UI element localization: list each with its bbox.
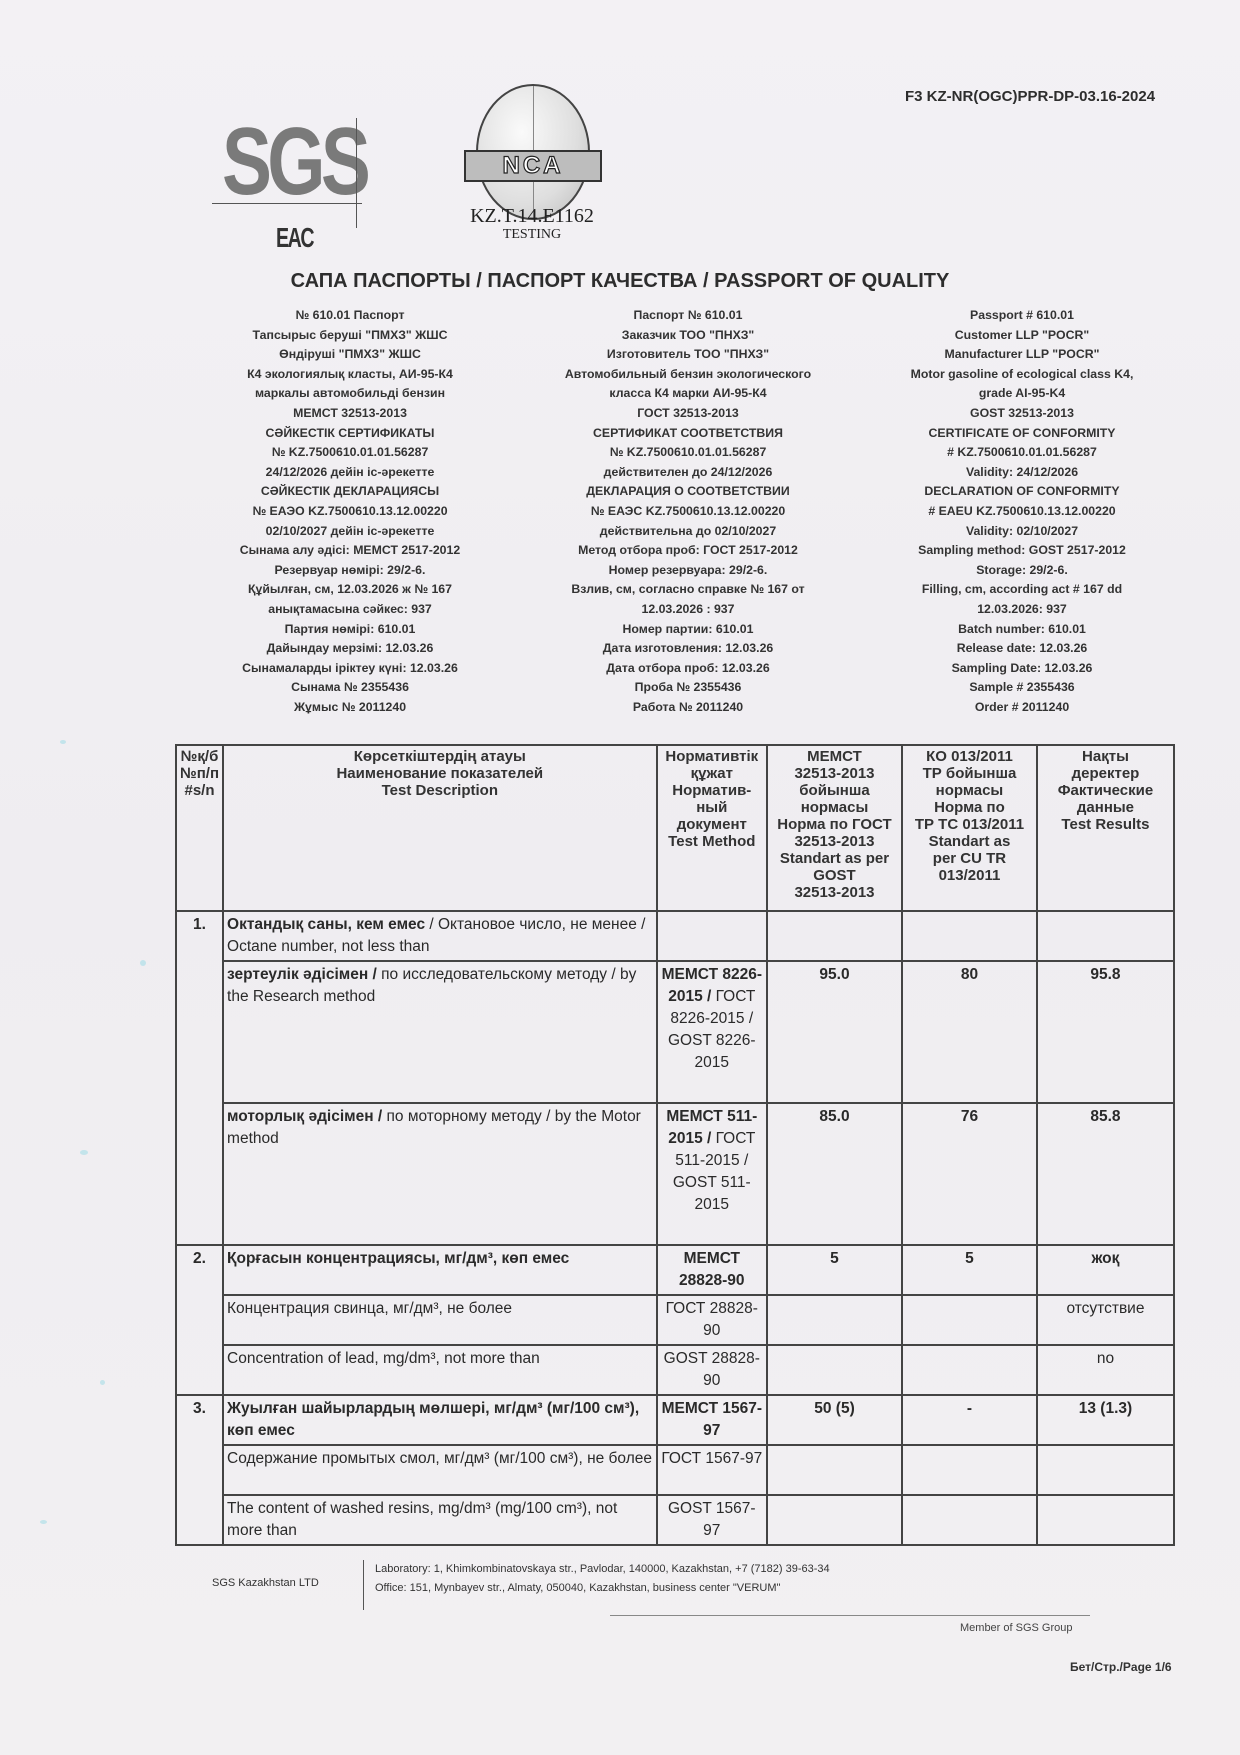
test-result: 13 (1.3) xyxy=(1037,1395,1174,1445)
header-line: нормасы xyxy=(906,782,1033,799)
header-line: Норма по ГОСТ xyxy=(771,816,898,833)
info-line: Motor gasoline of ecological class K4, xyxy=(852,365,1192,385)
header-line: 32513-2013 xyxy=(771,833,898,850)
footer-addresses: Laboratory: 1, Khimkombinatovskaya str.,… xyxy=(375,1560,830,1598)
info-line: Sampling method: GOST 2517-2012 xyxy=(852,541,1192,561)
test-description: Концентрация свинца, мг/дм³, не более xyxy=(223,1295,657,1345)
table-row: The content of washed resins, mg/dm³ (mg… xyxy=(176,1495,1174,1545)
footer-member: Member of SGS Group xyxy=(960,1622,1073,1634)
tr-norm: 76 xyxy=(902,1103,1037,1245)
info-line: Жұмыс № 2011240 xyxy=(180,698,520,718)
row-number: 3. xyxy=(176,1395,223,1545)
info-line: DECLARATION OF CONFORMITY xyxy=(852,482,1192,502)
header-line: 32513-2013 xyxy=(771,765,898,782)
info-line: Заказчик ТОО "ПНХЗ" xyxy=(518,326,858,346)
header-line: Standart as xyxy=(906,833,1033,850)
info-line: Дайындау мерзімі: 12.03.26 xyxy=(180,639,520,659)
test-result: 95.8 xyxy=(1037,961,1174,1103)
info-line: маркалы автомобильді бензин xyxy=(180,384,520,404)
footer-divider xyxy=(363,1560,364,1610)
row-number: 2. xyxy=(176,1245,223,1395)
header-line: нормасы xyxy=(771,799,898,816)
info-line: Release date: 12.03.26 xyxy=(852,639,1192,659)
gost-norm: 5 xyxy=(767,1245,902,1295)
info-column-english: Passport # 610.01Customer LLP "POCR"Manu… xyxy=(852,306,1192,717)
header-tr-norm: КО 013/2011ТР бойыншанормасыНорма поТР Т… xyxy=(902,745,1037,911)
description-kazakh: моторлық әдісімен / xyxy=(227,1108,382,1125)
test-method: МЕМСТ 1567-97 xyxy=(657,1395,767,1445)
header-serial-number: №қ/б№п/п#s/n xyxy=(176,745,223,911)
info-line: ГОСТ 32513-2013 xyxy=(518,404,858,424)
header-line: Test Method xyxy=(661,833,763,850)
header-line: Фактические xyxy=(1041,782,1170,799)
gost-norm: 85.0 xyxy=(767,1103,902,1245)
gost-norm: 95.0 xyxy=(767,961,902,1103)
results-table: №қ/б№п/п#s/n Көрсеткіштердің атауыНаимен… xyxy=(175,744,1175,1546)
info-line: СӘЙКЕСТІК ДЕКЛАРАЦИЯСЫ xyxy=(180,482,520,502)
test-method: GOST 28828-90 xyxy=(657,1345,767,1395)
info-line: Order # 2011240 xyxy=(852,698,1192,718)
scan-speck xyxy=(140,960,146,966)
info-line: № ЕАЭС KZ.7500610.13.12.00220 xyxy=(518,502,858,522)
quality-passport-page: F3 KZ-NR(OGC)PPR-DP-03.16-2024 SGS EAC N… xyxy=(0,0,1240,1755)
info-line: 12.03.2026: 937 xyxy=(852,600,1192,620)
laboratory-address: Laboratory: 1, Khimkombinatovskaya str.,… xyxy=(375,1560,830,1579)
info-line: Тапсырыс беруші "ПМХЗ" ЖШС xyxy=(180,326,520,346)
sgs-logo-text: SGS xyxy=(222,114,366,210)
header-gost-norm: МЕМСТ32513-2013бойыншанормасыНорма по ГО… xyxy=(767,745,902,911)
header-line: бойынша xyxy=(771,782,898,799)
scan-speck xyxy=(80,1150,88,1155)
test-method: МЕМСТ 8226-2015 / ГОСТ 8226-2015 / GOST … xyxy=(657,961,767,1103)
accreditation-code: KZ.T.14.E1162 xyxy=(432,205,632,228)
tr-norm xyxy=(902,1345,1037,1395)
test-result: жоқ xyxy=(1037,1245,1174,1295)
office-address: Office: 151, Mynbayev str., Almaty, 0500… xyxy=(375,1579,830,1598)
info-line: № KZ.7500610.01.01.56287 xyxy=(180,443,520,463)
info-line: Дата изготовления: 12.03.26 xyxy=(518,639,858,659)
info-column-russian: Паспорт № 610.01Заказчик ТОО "ПНХЗ"Изгот… xyxy=(518,306,858,717)
header-line: ный xyxy=(661,799,763,816)
info-line: Дата отбора проб: 12.03.26 xyxy=(518,659,858,679)
scan-speck xyxy=(100,1380,105,1385)
info-line: 02/10/2027 дейін іс-әрекетте xyxy=(180,522,520,542)
info-line: Sampling Date: 12.03.26 xyxy=(852,659,1192,679)
header-line: per CU TR xyxy=(906,850,1033,867)
header-test-method: НормативтікқұжатНорматив-ныйдокументTest… xyxy=(657,745,767,911)
footer-rule xyxy=(610,1615,1090,1616)
info-line: GOST 32513-2013 xyxy=(852,404,1192,424)
eac-mark-icon: EAC xyxy=(276,222,313,254)
scan-speck xyxy=(40,1520,47,1524)
tr-norm xyxy=(902,1445,1037,1495)
gost-norm xyxy=(767,1495,902,1545)
test-method: ГОСТ 1567-97 xyxy=(657,1445,767,1495)
sgs-logo-rule xyxy=(212,203,362,204)
header-line: Көрсеткіштердің атауы xyxy=(227,748,653,765)
tr-norm xyxy=(902,1295,1037,1345)
info-line: СӘЙКЕСТІК СЕРТИФИКАТЫ xyxy=(180,424,520,444)
header-line: ТР бойынша xyxy=(906,765,1033,782)
info-line: Проба № 2355436 xyxy=(518,678,858,698)
gost-norm xyxy=(767,1345,902,1395)
info-line: Storage: 29/2-6. xyxy=(852,561,1192,581)
test-method: МЕМСТ 511-2015 / ГОСТ 511-2015 / GOST 51… xyxy=(657,1103,767,1245)
test-method: GOST 1567-97 xyxy=(657,1495,767,1545)
tr-norm: - xyxy=(902,1395,1037,1445)
table-row: Concentration of lead, mg/dm³, not more … xyxy=(176,1345,1174,1395)
header-line: МЕМСТ xyxy=(771,748,898,765)
header-line: 013/2011 xyxy=(906,867,1033,884)
info-line: Резервуар нөмірі: 29/2-6. xyxy=(180,561,520,581)
header-line: құжат xyxy=(661,765,763,782)
header-line: Нақты xyxy=(1041,748,1170,765)
header-line: Наименование показателей xyxy=(227,765,653,782)
info-line: Validity: 02/10/2027 xyxy=(852,522,1192,542)
info-line: # EAEU KZ.7500610.13.12.00220 xyxy=(852,502,1192,522)
gost-norm: 50 (5) xyxy=(767,1395,902,1445)
info-column-kazakh: № 610.01 ПаспортТапсырыс беруші "ПМХЗ" Ж… xyxy=(180,306,520,717)
info-line: ДЕКЛАРАЦИЯ О СООТВЕТСТВИИ xyxy=(518,482,858,502)
header-line: документ xyxy=(661,816,763,833)
info-line: Метод отбора проб: ГОСТ 2517-2012 xyxy=(518,541,858,561)
header-line: GOST xyxy=(771,867,898,884)
test-result: 85.8 xyxy=(1037,1103,1174,1245)
info-line: Сынама № 2355436 xyxy=(180,678,520,698)
test-description: зертеулік әдісімен / по исследовательско… xyxy=(223,961,657,1103)
description-kazakh: зертеулік әдісімен / xyxy=(227,966,377,983)
header-line: #s/n xyxy=(180,782,219,799)
table-row: 2. Қорғасын концентрациясы, мг/дм³, көп … xyxy=(176,1245,1174,1295)
test-description: моторлық әдісімен / по моторному методу … xyxy=(223,1103,657,1245)
sgs-logo-vrule xyxy=(356,118,357,228)
test-description: Қорғасын концентрациясы, мг/дм³, көп еме… xyxy=(223,1245,657,1295)
info-line: МЕМСТ 32513-2013 xyxy=(180,404,520,424)
info-line: Партия нөмірі: 610.01 xyxy=(180,620,520,640)
info-line: Взлив, см, согласно справке № 167 от xyxy=(518,580,858,600)
info-line: Құйылған, см, 12.03.2026 ж № 167 xyxy=(180,580,520,600)
test-method: МЕМСТ 28828-90 xyxy=(657,1245,767,1295)
test-method: ГОСТ 28828-90 xyxy=(657,1295,767,1345)
info-line: Работа № 2011240 xyxy=(518,698,858,718)
tr-norm xyxy=(902,1495,1037,1545)
document-code: F3 KZ-NR(OGC)PPR-DP-03.16-2024 xyxy=(905,88,1155,105)
header-line: деректер xyxy=(1041,765,1170,782)
gost-norm xyxy=(767,1445,902,1495)
test-description: Содержание промытых смол, мг/дм³ (мг/100… xyxy=(223,1445,657,1495)
scan-speck xyxy=(60,740,66,744)
info-line: Sample # 2355436 xyxy=(852,678,1192,698)
info-line: действителен до 24/12/2026 xyxy=(518,463,858,483)
table-row: Содержание промытых смол, мг/дм³ (мг/100… xyxy=(176,1445,1174,1495)
table-row: Концентрация свинца, мг/дм³, не более ГО… xyxy=(176,1295,1174,1345)
info-line: 12.03.2026 : 937 xyxy=(518,600,858,620)
gost-norm xyxy=(767,1295,902,1345)
test-method xyxy=(657,911,767,961)
info-line: Batch number: 610.01 xyxy=(852,620,1192,640)
header-line: ТР ТС 013/2011 xyxy=(906,816,1033,833)
footer-company: SGS Kazakhstan LTD xyxy=(212,1577,319,1589)
info-line: № ЕАЭО KZ.7500610.13.12.00220 xyxy=(180,502,520,522)
table-row: моторлық әдісімен / по моторному методу … xyxy=(176,1103,1174,1245)
info-line: действительна до 02/10/2027 xyxy=(518,522,858,542)
test-result xyxy=(1037,1445,1174,1495)
info-line: Passport # 610.01 xyxy=(852,306,1192,326)
info-line: № KZ.7500610.01.01.56287 xyxy=(518,443,858,463)
tr-norm: 80 xyxy=(902,961,1037,1103)
info-line: СЕРТИФИКАТ СООТВЕТСТВИЯ xyxy=(518,424,858,444)
table-row: 3. Жуылған шайырлардың мөлшері, мг/дм³ (… xyxy=(176,1395,1174,1445)
header-line: №п/п xyxy=(180,765,219,782)
row-number: 1. xyxy=(176,911,223,1245)
gost-norm xyxy=(767,911,902,961)
info-line: Өндіруші "ПМХЗ" ЖШС xyxy=(180,345,520,365)
header-line: Нормативтік xyxy=(661,748,763,765)
info-line: 24/12/2026 дейін іс-әрекетте xyxy=(180,463,520,483)
info-line: Manufacturer LLP "POCR" xyxy=(852,345,1192,365)
accreditation-label: TESTING xyxy=(432,227,632,243)
header-line: Норма по xyxy=(906,799,1033,816)
info-line: Сынамаларды іріктеу күні: 12.03.26 xyxy=(180,659,520,679)
description-kazakh: Октандық саны, кем емес xyxy=(227,916,425,933)
page-number: Бет/Стр./Page 1/6 xyxy=(1070,1660,1172,1674)
info-line: Изготовитель ТОО "ПНХЗ" xyxy=(518,345,858,365)
info-line: CERTIFICATE OF CONFORMITY xyxy=(852,424,1192,444)
header-line: Test Description xyxy=(227,782,653,799)
info-line: К4 экологиялық класты, АИ-95-К4 xyxy=(180,365,520,385)
tr-norm xyxy=(902,911,1037,961)
test-result: no xyxy=(1037,1345,1174,1395)
info-line: Номер резервуара: 29/2-6. xyxy=(518,561,858,581)
info-line: Паспорт № 610.01 xyxy=(518,306,858,326)
table-row: 1. Октандық саны, кем емес / Октановое ч… xyxy=(176,911,1174,961)
nca-logo-text: NCA xyxy=(464,150,602,182)
tr-norm: 5 xyxy=(902,1245,1037,1295)
page-title: САПА ПАСПОРТЫ / ПАСПОРТ КАЧЕСТВА / PASSP… xyxy=(0,270,1240,293)
header-test-results: НақтыдеректерФактическиеданныеTest Resul… xyxy=(1037,745,1174,911)
table-header-row: №қ/б№п/п#s/n Көрсеткіштердің атауыНаимен… xyxy=(176,745,1174,911)
header-line: Test Results xyxy=(1041,816,1170,833)
header-line: КО 013/2011 xyxy=(906,748,1033,765)
info-line: # KZ.7500610.01.01.56287 xyxy=(852,443,1192,463)
test-result: отсутствие xyxy=(1037,1295,1174,1345)
header-line: данные xyxy=(1041,799,1170,816)
table-row: зертеулік әдісімен / по исследовательско… xyxy=(176,961,1174,1103)
header-line: Норматив- xyxy=(661,782,763,799)
sgs-logo: SGS xyxy=(222,118,382,238)
info-line: Filling, cm, according act # 167 dd xyxy=(852,580,1192,600)
header-line: 32513-2013 xyxy=(771,884,898,901)
info-line: класса К4 марки АИ-95-К4 xyxy=(518,384,858,404)
info-line: № 610.01 Паспорт xyxy=(180,306,520,326)
test-description: The content of washed resins, mg/dm³ (mg… xyxy=(223,1495,657,1545)
info-line: Автомобильный бензин экологического xyxy=(518,365,858,385)
info-line: Validity: 24/12/2026 xyxy=(852,463,1192,483)
test-description: Октандық саны, кем емес / Октановое числ… xyxy=(223,911,657,961)
info-line: Сынама алу әдісі: МЕМСТ 2517-2012 xyxy=(180,541,520,561)
header-line: Standart as per xyxy=(771,850,898,867)
info-line: grade AI-95-K4 xyxy=(852,384,1192,404)
test-result xyxy=(1037,1495,1174,1545)
test-description: Concentration of lead, mg/dm³, not more … xyxy=(223,1345,657,1395)
info-line: Номер партии: 610.01 xyxy=(518,620,858,640)
info-line: анықтамасына сәйкес: 937 xyxy=(180,600,520,620)
test-description: Жуылған шайырлардың мөлшері, мг/дм³ (мг/… xyxy=(223,1395,657,1445)
info-line: Customer LLP "POCR" xyxy=(852,326,1192,346)
header-line: №қ/б xyxy=(180,748,219,765)
header-test-description: Көрсеткіштердің атауыНаименование показа… xyxy=(223,745,657,911)
test-result xyxy=(1037,911,1174,961)
